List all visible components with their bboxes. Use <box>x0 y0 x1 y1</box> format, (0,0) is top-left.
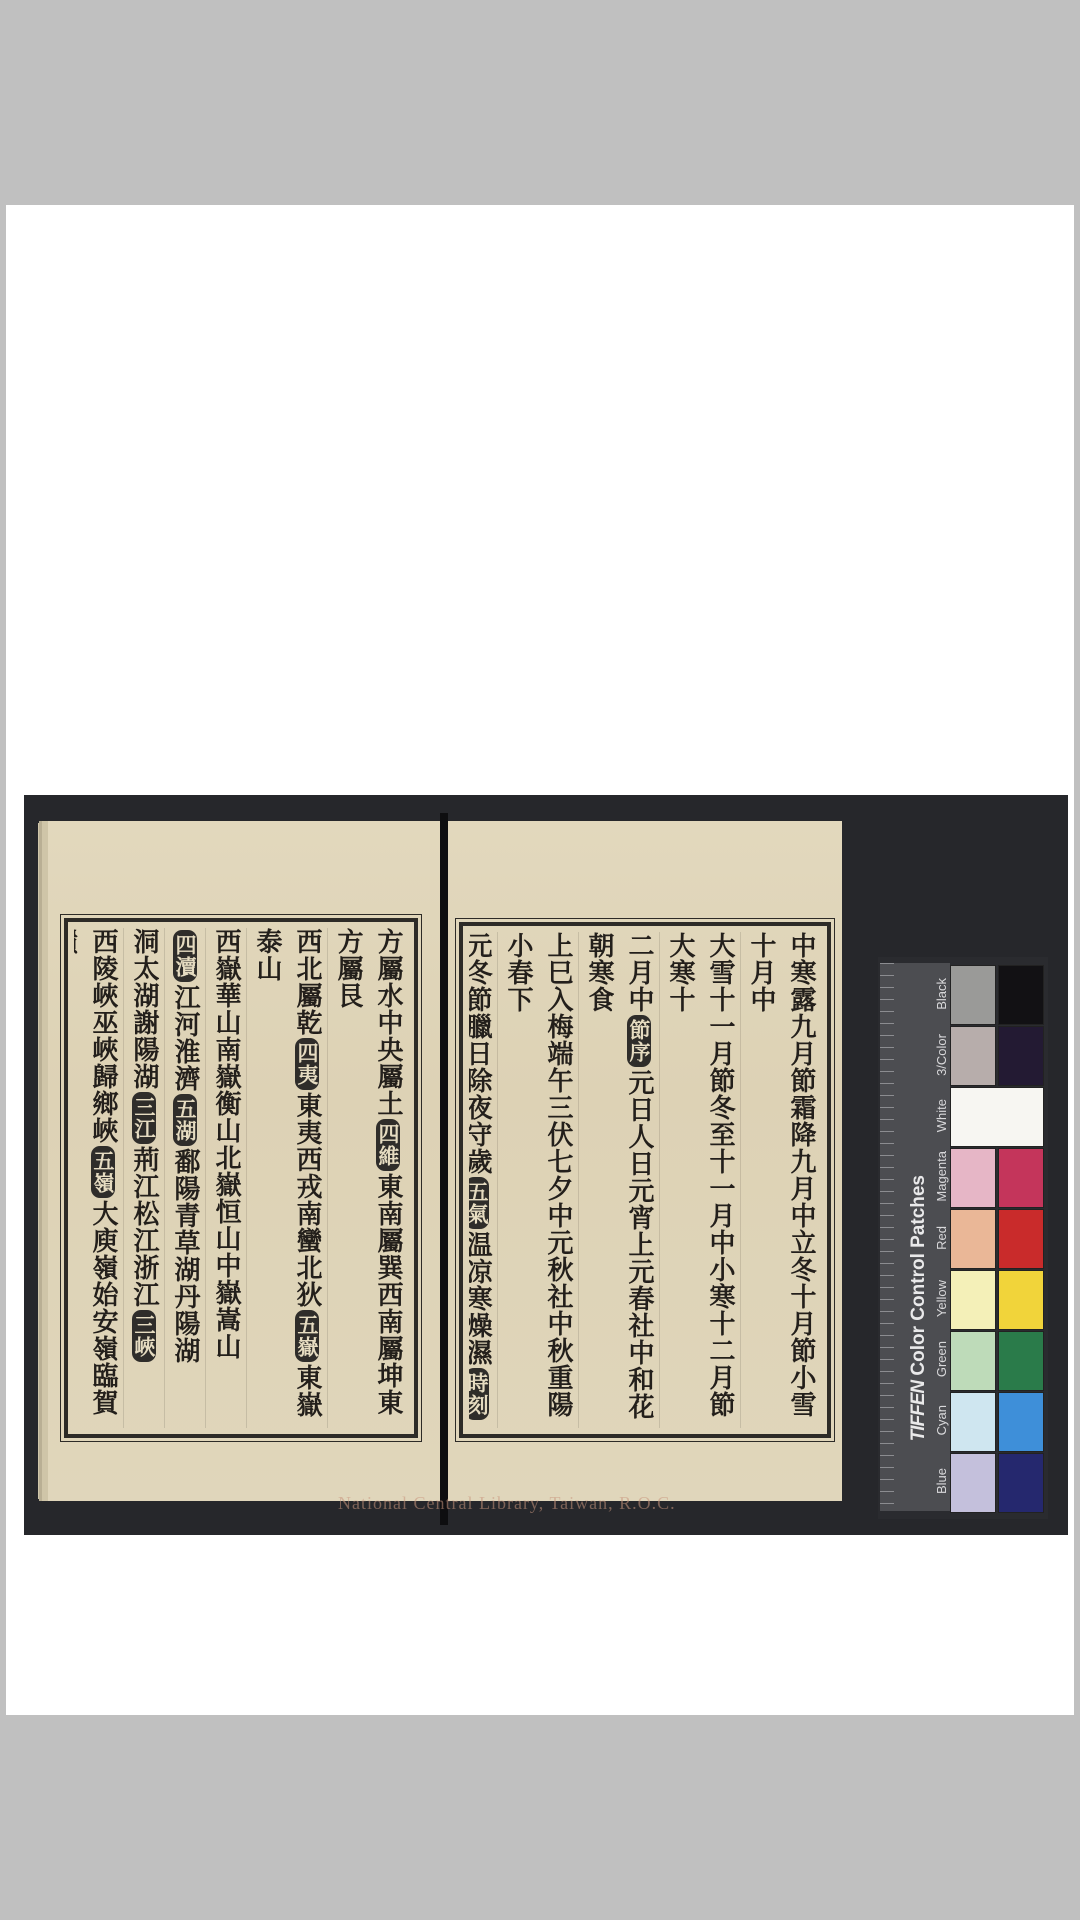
patch-yellow-light <box>950 1270 996 1330</box>
section-heading-badge: 五嶽 <box>295 1310 319 1362</box>
patch-magenta-dark <box>998 1148 1044 1208</box>
ruler-ticks <box>880 963 894 1511</box>
text-column: 大雪十一月節冬至十一月中小寒十二月節大寒十 <box>659 932 740 1428</box>
library-watermark: National Central Library, Taiwan, R.O.C. <box>338 1493 676 1514</box>
patch-black-light <box>950 965 996 1025</box>
viewer-panel: 方屬水中央屬土四維東南屬巽西南屬坤東方屬艮西北屬乾四夷東夷西戎南蠻北狄五嶽東嶽泰… <box>6 205 1074 1715</box>
text-column: 方屬水中央屬土四維東南屬巽西南屬坤東方屬艮 <box>327 928 408 1428</box>
column-text: 西北屬乾 <box>292 928 322 1036</box>
column-text: 方屬水中央屬土 <box>373 928 403 1117</box>
text-column: 洞太湖謝陽湖三江荊江松江浙江三峽 <box>123 928 164 1428</box>
left-page: 方屬水中央屬土四維東南屬巽西南屬坤東方屬艮西北屬乾四夷東夷西戎南蠻北狄五嶽東嶽泰… <box>48 821 443 1501</box>
right-page-text-frame: 中寒露九月節霜降九月中立冬十月節小雪十月中大雪十一月節冬至十一月中小寒十二月節大… <box>459 922 831 1438</box>
patch-label: Black <box>930 963 952 1024</box>
column-text: 元冬節臘日除夜守歲 <box>469 932 492 1175</box>
column-text: 大雪十一月節冬至十一月中小寒十二月節大寒十 <box>665 932 735 1418</box>
book-gutter <box>440 813 448 1525</box>
color-patches <box>950 965 1044 1511</box>
column-text: 二月中 <box>624 932 654 1013</box>
tiffen-logo: TIFFEN <box>908 1381 929 1442</box>
patch-green-light <box>950 1331 996 1391</box>
patch-green-dark <box>998 1331 1044 1391</box>
text-column: 四瀆江河淮濟五湖鄱陽青草湖丹陽湖 <box>164 928 205 1428</box>
column-text: 洞太湖謝陽湖 <box>129 928 159 1090</box>
open-book: 方屬水中央屬土四維東南屬巽西南屬坤東方屬艮西北屬乾四夷東夷西戎南蠻北狄五嶽東嶽泰… <box>38 813 850 1513</box>
right-page: 中寒露九月節霜降九月中立冬十月節小雪十月中大雪十一月節冬至十一月中小寒十二月節大… <box>445 821 842 1501</box>
column-text: 温凉寒燥濕 <box>469 1231 492 1366</box>
patch-white <box>950 1087 1044 1147</box>
color-checker-card: TIFFEN Color Control Patches Black3/Colo… <box>878 957 1048 1519</box>
patch-label: Green <box>930 1329 952 1390</box>
patch-label: Red <box>930 1207 952 1268</box>
patch-blue-light <box>950 1453 996 1513</box>
section-heading-badge: 三峽 <box>132 1310 156 1362</box>
column-text: 荊江松江浙江 <box>129 1146 159 1308</box>
patch-label: Blue <box>930 1451 952 1512</box>
column-text: 西陵峽巫峽歸鄉峽 <box>88 928 118 1144</box>
section-heading-badge: 四瀆 <box>173 930 197 982</box>
patch-label: Magenta <box>930 1146 952 1207</box>
text-column: 二月中節序元日人日元宵上元春社中和花朝寒食 <box>578 932 659 1428</box>
section-heading-badge: 五氣 <box>469 1177 489 1229</box>
patch-3-color-dark <box>998 1026 1044 1086</box>
text-column: 上巳入梅端午三伏七夕中元秋社中秋重陽小春下 <box>497 932 578 1428</box>
column-text: 江河淮濟 <box>170 984 200 1092</box>
text-column: 西陵峽巫峽歸鄉峽五嶺大庾嶺始安嶺臨賀嶺 <box>74 928 123 1428</box>
patch-red-dark <box>998 1209 1044 1269</box>
column-text: 西嶽華山南嶽衡山北嶽恒山中嶽嵩山 <box>211 928 241 1360</box>
patch-label: White <box>930 1085 952 1146</box>
patch-cyan-light <box>950 1392 996 1452</box>
section-heading-badge: 三江 <box>132 1092 156 1144</box>
patch-cyan-dark <box>998 1392 1044 1452</box>
text-column: 中寒露九月節霜降九月中立冬十月節小雪十月中 <box>740 932 821 1428</box>
text-column: 西北屬乾四夷東夷西戎南蠻北狄五嶽東嶽泰山 <box>246 928 327 1428</box>
patch-names: Black3/ColorWhiteMagentaRedYellowGreenCy… <box>930 963 952 1511</box>
column-text: 鄱陽青草湖丹陽湖 <box>170 1148 200 1364</box>
patch-magenta-light <box>950 1148 996 1208</box>
patch-label: Cyan <box>930 1390 952 1451</box>
column-text: 上巳入梅端午三伏七夕中元秋社中秋重陽小春下 <box>503 932 573 1418</box>
book-scan-image: 方屬水中央屬土四維東南屬巽西南屬坤東方屬艮西北屬乾四夷東夷西戎南蠻北狄五嶽東嶽泰… <box>24 795 1068 1535</box>
section-heading-badge: 五湖 <box>173 1094 197 1146</box>
text-column: 西嶽華山南嶽衡山北嶽恒山中嶽嵩山 <box>205 928 246 1428</box>
section-heading-badge: 四夷 <box>295 1038 319 1090</box>
left-page-text-frame: 方屬水中央屬土四維東南屬巽西南屬坤東方屬艮西北屬乾四夷東夷西戎南蠻北狄五嶽東嶽泰… <box>64 918 418 1438</box>
patch-yellow-dark <box>998 1270 1044 1330</box>
patch-3-color-light <box>950 1026 996 1086</box>
section-heading-badge: 時刻 <box>469 1368 489 1420</box>
column-text: 中寒露九月節霜降九月中立冬十月節小雪十月中 <box>746 932 816 1418</box>
text-column: 元冬節臘日除夜守歲五氣温凉寒燥濕時刻歲節晝 <box>469 932 497 1428</box>
patch-black-dark <box>998 965 1044 1025</box>
patch-label: 3/Color <box>930 1024 952 1085</box>
patch-label: Yellow <box>930 1268 952 1329</box>
patch-blue-dark <box>998 1453 1044 1513</box>
column-text: 東夷西戎南蠻北狄 <box>292 1092 322 1308</box>
section-heading-badge: 節序 <box>627 1015 651 1067</box>
section-heading-badge: 五嶺 <box>91 1146 115 1198</box>
color-checker-title: TIFFEN Color Control Patches <box>908 1175 930 1441</box>
left-page-columns: 方屬水中央屬土四維東南屬巽西南屬坤東方屬艮西北屬乾四夷東夷西戎南蠻北狄五嶽東嶽泰… <box>74 928 408 1428</box>
patch-red-light <box>950 1209 996 1269</box>
right-page-columns: 中寒露九月節霜降九月中立冬十月節小雪十月中大雪十一月節冬至十一月中小寒十二月節大… <box>469 932 821 1428</box>
section-heading-badge: 四維 <box>376 1119 400 1171</box>
ruler: TIFFEN Color Control Patches Black3/Colo… <box>880 963 950 1511</box>
